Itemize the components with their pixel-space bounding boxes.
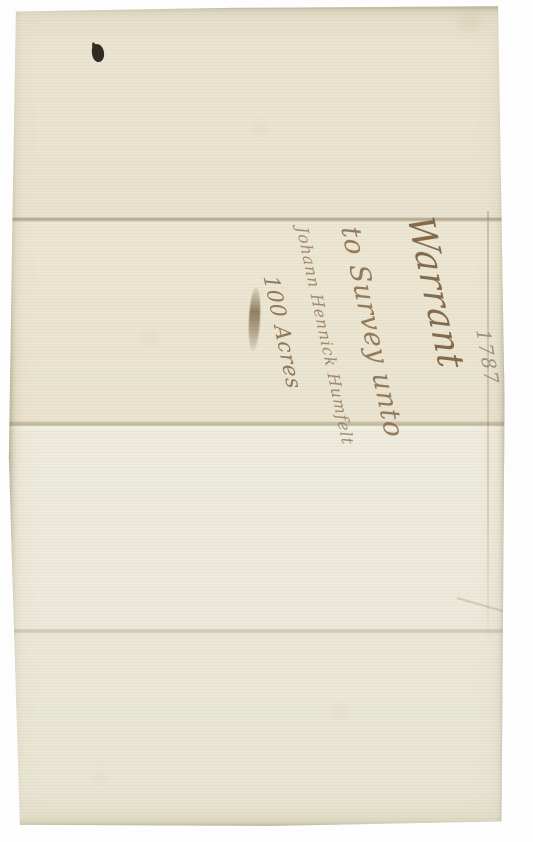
document-paper: Warrant to Survey unto Johann Hennick Hu… bbox=[8, 5, 505, 828]
docket-text-block: Warrant to Survey unto Johann Hennick Hu… bbox=[260, 225, 470, 440]
foxing-stains bbox=[8, 5, 12, 9]
photo-background: Warrant to Survey unto Johann Hennick Hu… bbox=[0, 0, 533, 842]
fold-crease-lower bbox=[8, 628, 505, 634]
paper-panel-lower-middle bbox=[8, 425, 505, 630]
year-annotation: 1787 bbox=[472, 329, 498, 385]
vertical-crease bbox=[487, 211, 489, 635]
paper-panel-top bbox=[8, 5, 505, 218]
paper-panel-bottom bbox=[8, 630, 505, 828]
